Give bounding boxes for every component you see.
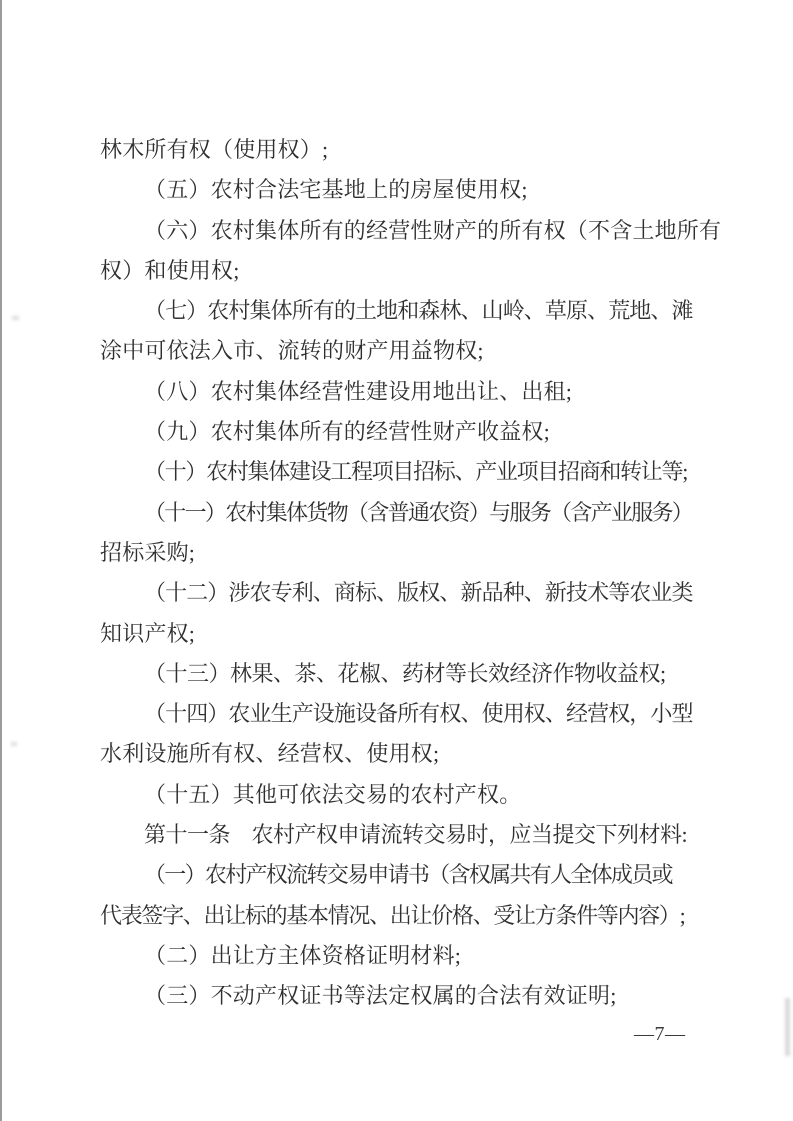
scan-edge-artifact bbox=[0, 0, 2, 1121]
page-number: —7— bbox=[634, 1023, 686, 1046]
text-line: 林木所有权（使用权）; bbox=[100, 130, 693, 170]
text-line: （八）农村集体经营性建设用地出让、出租; bbox=[100, 372, 693, 412]
text-line: （十一）农村集体货物（含普通农资）与服务（含产业服务） bbox=[100, 493, 693, 533]
text-line: 第十一条 农村产权申请流转交易时，应当提交下列材料: bbox=[100, 815, 693, 855]
text-line: （十三）林果、茶、花椒、药材等长效经济作物收益权; bbox=[100, 654, 693, 694]
scan-smudge-artifact bbox=[11, 742, 17, 746]
text-line: （一）农村产权流转交易申请书（含权属共有人全体成员或 bbox=[100, 855, 693, 895]
text-line: （三）不动产权证书等法定权属的合法有效证明; bbox=[100, 976, 693, 1016]
text-line: （十四）农业生产设施设备所有权、使用权、经营权，小型 bbox=[100, 694, 693, 734]
text-line: 知识产权; bbox=[100, 614, 693, 654]
scanned-document-page: 林木所有权（使用权）;（五）农村合法宅基地上的房屋使用权;（六）农村集体所有的经… bbox=[0, 0, 793, 1121]
document-body: 林木所有权（使用权）;（五）农村合法宅基地上的房屋使用权;（六）农村集体所有的经… bbox=[100, 130, 693, 1017]
text-line: （十二）涉农专利、商标、版权、新品种、新技术等农业类 bbox=[100, 573, 693, 613]
text-line: （六）农村集体所有的经营性财产的所有权（不含土地所有 bbox=[100, 211, 693, 251]
text-line: 代表签字、出让标的基本情况、出让价格、受让方条件等内容）; bbox=[100, 896, 693, 936]
text-line: 水利设施所有权、经营权、使用权; bbox=[100, 734, 693, 774]
text-line: （九）农村集体所有的经营性财产收益权; bbox=[100, 412, 693, 452]
text-line: 招标采购; bbox=[100, 533, 693, 573]
text-line: （十五）其他可依法交易的农村产权。 bbox=[100, 775, 693, 815]
scan-smudge-artifact bbox=[785, 998, 790, 1056]
text-line: 涂中可依法入市、流转的财产用益物权; bbox=[100, 331, 693, 371]
text-line: （二）出让方主体资格证明材料; bbox=[100, 936, 693, 976]
text-line: 权）和使用权; bbox=[100, 251, 693, 291]
text-line: （七）农村集体所有的土地和森林、山岭、草原、荒地、滩 bbox=[100, 291, 693, 331]
scan-smudge-artifact bbox=[12, 316, 19, 320]
text-line: （五）农村合法宅基地上的房屋使用权; bbox=[100, 170, 693, 210]
text-line: （十）农村集体建设工程项目招标、产业项目招商和转让等; bbox=[100, 452, 693, 492]
